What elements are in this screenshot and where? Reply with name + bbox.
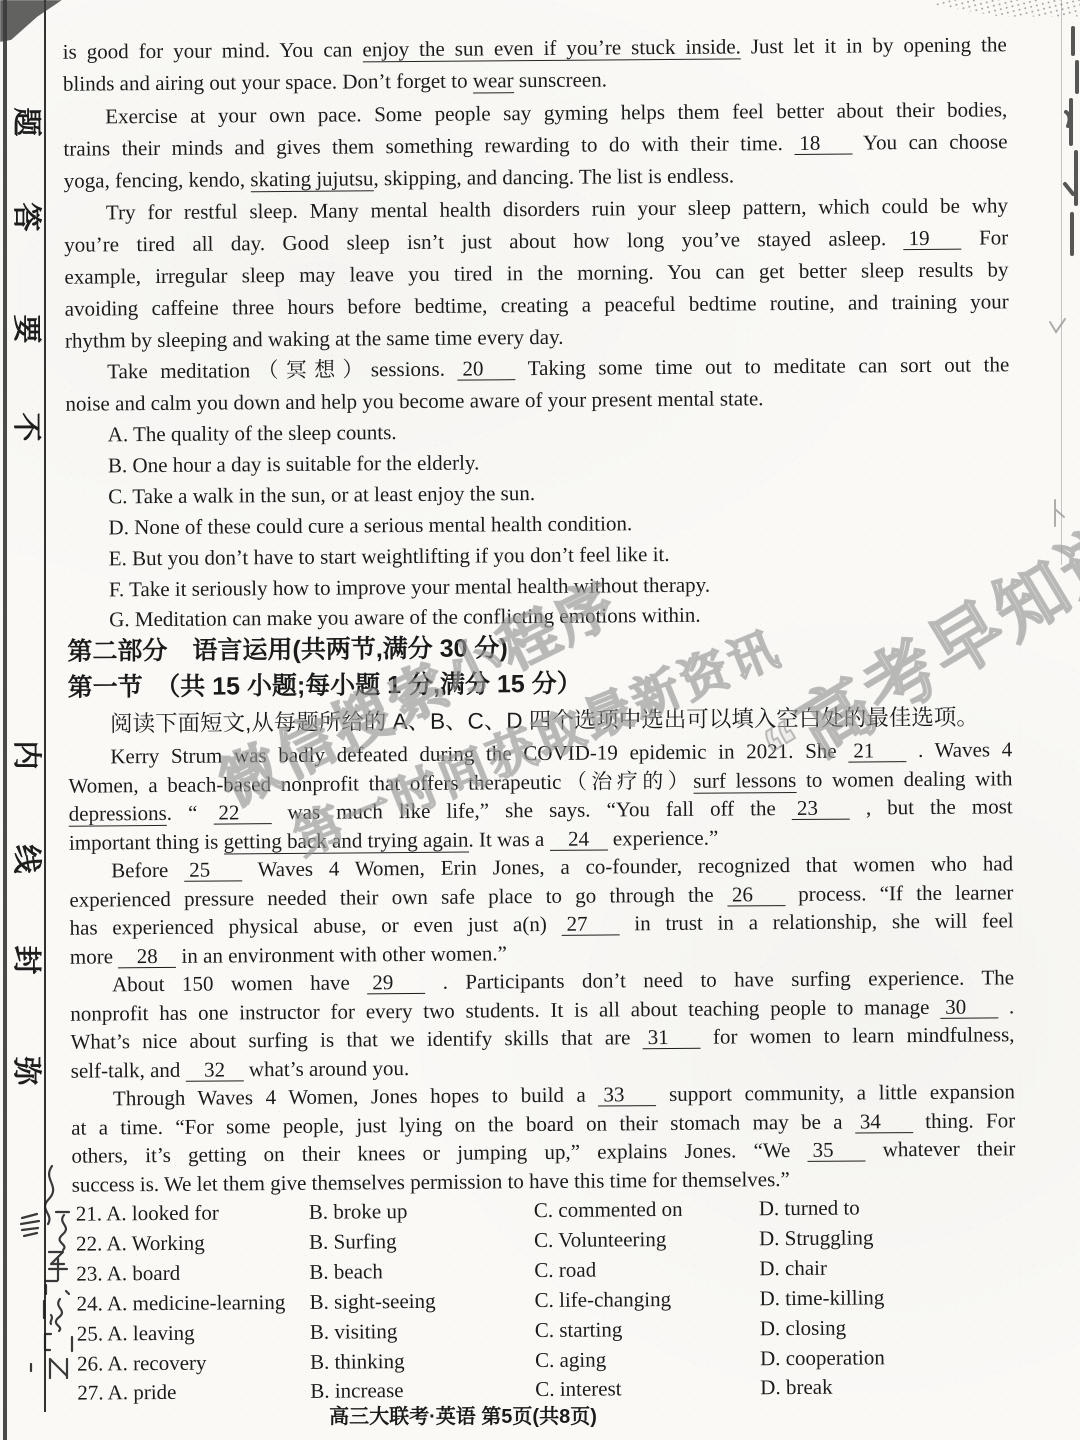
cloze-line: Women, a beach-based nonprofit that offe… (68, 766, 1012, 797)
mcq-cell: D. turned to (759, 1196, 860, 1222)
mcq-cell: D. closing (760, 1316, 847, 1342)
answer-blank: 32 (186, 1059, 244, 1081)
mcq-cell: B. visiting (310, 1319, 398, 1345)
answer-blank: 22 (213, 802, 271, 824)
underlined-phrase: getting back and trying again (223, 828, 468, 855)
answer-blank: 33 (598, 1084, 656, 1106)
cloze-line: depressions. “ 22 was much like life,” s… (69, 794, 1013, 825)
cloze-line: important thing is getting back and tryi… (69, 826, 719, 855)
option-line: G. Meditation can make you aware of the … (109, 603, 701, 632)
underlined-phrase: surf lessons (693, 768, 796, 794)
passage-line: Try for restful sleep. Many mental healt… (106, 193, 1008, 224)
answer-blank: 26 (727, 884, 785, 906)
page-footer: 高三大联考·英语 第5页(共8页) (68, 1400, 858, 1429)
cloze-line: What’s nice about surfing is that we ide… (70, 1022, 1014, 1053)
cloze-line: others, it’s getting on their knees or j… (71, 1136, 1015, 1167)
mcq-row: 21. A. looked for B. broke up C. comment… (76, 1194, 1026, 1227)
mcq-cell: C. commented on (534, 1197, 683, 1223)
mcq-cell: C. life-changing (534, 1287, 671, 1313)
cloze-line: Before 25 Waves 4 Women, Erin Jones, a c… (111, 851, 1013, 882)
underlined-phrase: depressions (69, 801, 167, 827)
part-heading: 第二部分 语言运用(共两节,满分 30 分) (67, 636, 507, 663)
instruction-line: 阅读下面短文,从每题所给的 A、B、C、D 四个选项中选出可以填入空白处的最佳选… (110, 706, 979, 737)
mcq-cell: C. aging (535, 1348, 606, 1374)
mcq-row: 25. A. leaving B. visiting C. starting D… (77, 1314, 1027, 1347)
mcq-cell: B. Surfing (309, 1229, 397, 1255)
cloze-line: self-talk, and 32 what’s around you. (71, 1056, 410, 1083)
answer-blank: 19 (904, 228, 962, 250)
answer-blank: 31 (643, 1027, 701, 1049)
mcq-cell: B. broke up (309, 1199, 408, 1225)
mcq-cell: 22. A. Working (76, 1231, 205, 1257)
mcq-cell: 25. A. leaving (77, 1321, 195, 1347)
answer-blank: 28 (118, 946, 176, 968)
answer-blank: 23 (792, 798, 850, 820)
cloze-line: nonprofit has one instructor for every t… (70, 994, 1014, 1025)
underlined-phrase: wear (473, 68, 514, 93)
passage-line: yoga, fencing, kendo, skating jujutsu, s… (64, 163, 735, 192)
passage-line: trains their minds and gives them someth… (63, 129, 1007, 160)
answer-blank: 30 (940, 996, 998, 1018)
answer-blank: 25 (184, 859, 242, 881)
cloze-line: About 150 women have 29 . Participants d… (112, 965, 1014, 996)
underlined-phrase: enjoy the sun even if you’re stuck insid… (362, 34, 741, 62)
mcq-cell: D. Struggling (759, 1225, 874, 1251)
mcq-cell: 24. A. medicine-learning (76, 1290, 285, 1317)
passage-line: you’re tired all day. Good sleep isn’t j… (64, 225, 1008, 256)
option-line: B. One hour a day is suitable for the el… (108, 450, 479, 477)
passage-line: avoiding caffeine three hours before bed… (65, 289, 1009, 320)
cloze-line: experienced pressure needed their own sa… (69, 880, 1013, 911)
mcq-cell: C. starting (535, 1317, 623, 1343)
answer-blank: 27 (561, 913, 619, 935)
answer-blank: 21 (848, 740, 906, 762)
scanned-exam-page: { "page": { "footer": "高三大联考·英语 第5页(共8页)… (0, 0, 1080, 1440)
underlined-phrase: skating jujutsu (250, 166, 373, 192)
option-line: D. None of these could cure a serious me… (108, 511, 632, 539)
mcq-row: 24. A. medicine-learning B. sight-seeing… (76, 1284, 1026, 1317)
exam-content: is good for your mind. You can enjoy the… (0, 0, 1080, 1440)
cloze-line: has experienced physical abuse, or even … (70, 908, 1014, 939)
mcq-cell: 23. A. board (76, 1261, 180, 1287)
passage-line: Take meditation（冥想）sessions. 20 Taking s… (107, 352, 1009, 383)
mcq-row: 23. A. board B. beach C. road D. chair (76, 1254, 1026, 1287)
mcq-row: 26. A. recovery B. thinking C. aging D. … (77, 1344, 1027, 1377)
mcq-cell: C. interest (535, 1376, 622, 1402)
answer-blank: 34 (855, 1111, 913, 1133)
mcq-cell: D. time-killing (759, 1285, 884, 1311)
mcq-cell: D. break (760, 1375, 833, 1401)
answer-blank: 24 (549, 828, 607, 850)
passage-line: Exercise at your own pace. Some people s… (105, 97, 1007, 128)
cloze-line: Kerry Strum was badly defeated during th… (110, 737, 1012, 768)
mcq-cell: C. Volunteering (534, 1227, 666, 1253)
mcq-cell: B. beach (309, 1259, 383, 1285)
option-line: C. Take a walk in the sun, or at least e… (108, 481, 535, 508)
mcq-cell: B. sight-seeing (309, 1289, 435, 1315)
mcq-cell: 21. A. looked for (76, 1201, 219, 1227)
mcq-cell: D. chair (759, 1256, 827, 1282)
option-line: A. The quality of the sleep counts. (108, 420, 397, 446)
passage-line: example, irregular sleep may leave you t… (64, 257, 1008, 288)
cloze-line: Through Waves 4 Women, Jones hopes to bu… (113, 1079, 1015, 1110)
passage-line: is good for your mind. You can enjoy the… (63, 32, 1007, 63)
section-heading: 第一节 （共 15 小题;每小题 1 分,满分 15 分） (68, 672, 582, 700)
mcq-cell: B. thinking (310, 1349, 405, 1375)
option-line: F. Take it seriously how to improve your… (109, 573, 710, 602)
answer-blank: 18 (794, 133, 852, 155)
mcq-cell: C. road (534, 1258, 596, 1283)
passage-line: rhythm by sleeping and waking at the sam… (65, 325, 564, 353)
passage-line: noise and calm you down and help you bec… (65, 386, 763, 415)
passage-line: blinds and airing out your space. Don’t … (63, 67, 607, 95)
option-line: E. But you don’t have to start weightlif… (109, 542, 670, 570)
answer-blank: 29 (367, 972, 425, 994)
cloze-line: more 28 in an environment with other wom… (70, 941, 507, 968)
mcq-cell: D. cooperation (760, 1345, 885, 1371)
answer-blank: 35 (807, 1139, 865, 1161)
mcq-row: 22. A. Working B. Surfing C. Volunteerin… (76, 1224, 1026, 1257)
mcq-cell: 26. A. recovery (77, 1351, 207, 1377)
answer-blank: 20 (457, 358, 515, 380)
cloze-line: at a time. “For some people, just lying … (71, 1108, 1015, 1139)
cloze-line: success is. We let them give themselves … (72, 1167, 790, 1197)
